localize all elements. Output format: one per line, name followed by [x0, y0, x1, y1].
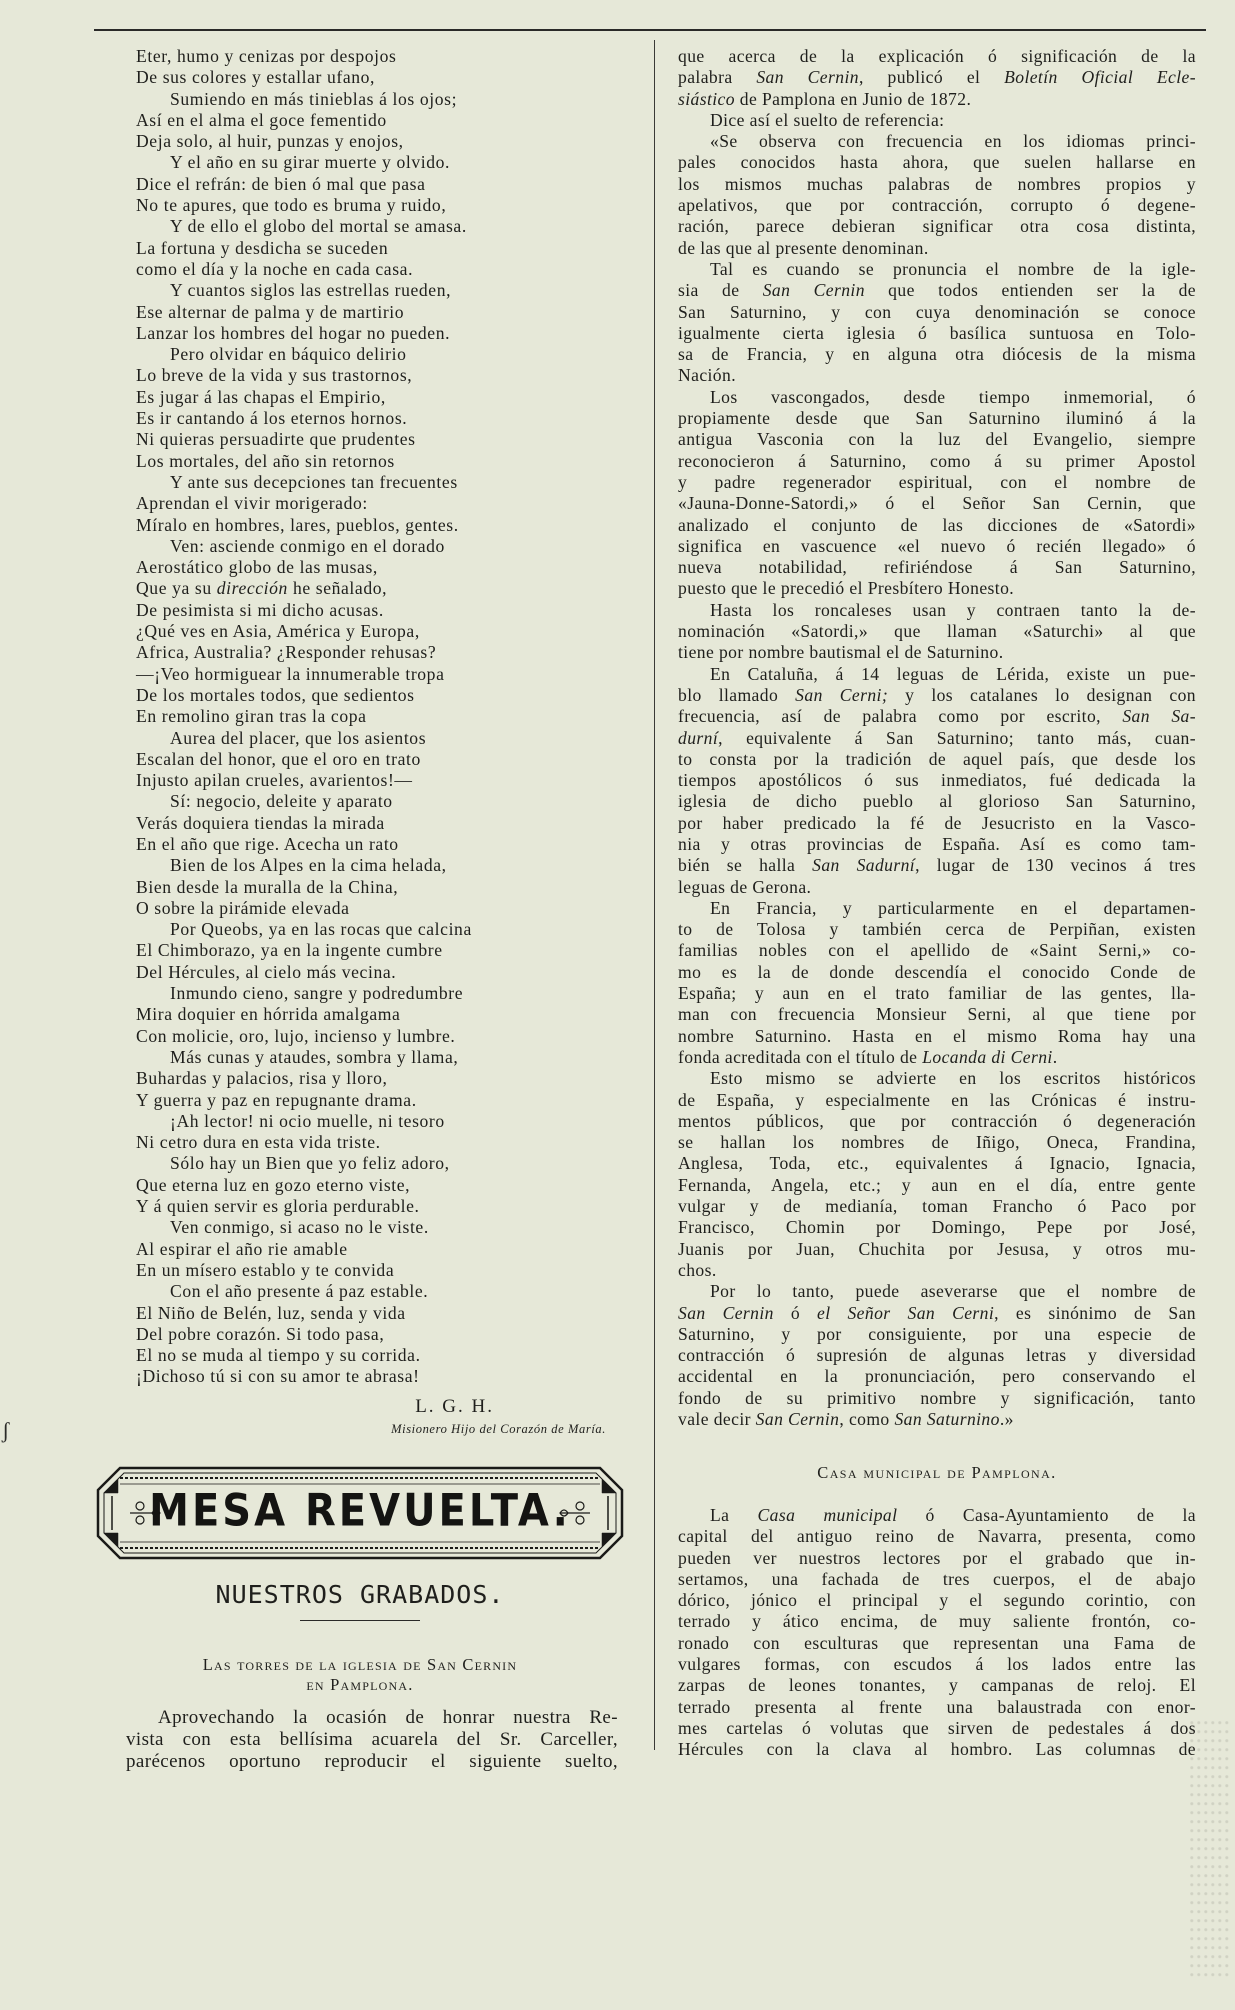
text-line: de las que al presente denominan. — [678, 238, 1196, 259]
article-title-line1: Las torres de la iglesia de San Cernin — [100, 1654, 620, 1675]
poem-line: De sus colores y estallar ufano, — [136, 67, 612, 88]
text-line: «Se observa con frecuencia en los idioma… — [678, 131, 1196, 152]
poem-line: ¿Qué ves en Asia, América y Europa, — [136, 621, 612, 642]
poem-line: Lo breve de la vida y sus trastornos, — [136, 365, 612, 386]
text-line: San Cernin ó el Señor San Cerni, es sinó… — [678, 1303, 1196, 1324]
text-line: mo es la de donde descendía el conocido … — [678, 962, 1196, 983]
poem-line: Del Hércules, al cielo más vecina. — [136, 962, 612, 983]
text-line: nia y otras provincias de España. Así es… — [678, 834, 1196, 855]
text-line: Juanis por Juan, Chuchita por Jesusa, y … — [678, 1239, 1196, 1260]
text-line: Los vascongados, desde tiempo inmemorial… — [678, 387, 1196, 408]
text-line: iglesia de dicho pueblo al glorioso San … — [678, 791, 1196, 812]
banner-title: MESA REVUELTA. — [96, 1485, 624, 1537]
text-line: vulgar y de medianía, toman Francho ó Pa… — [678, 1196, 1196, 1217]
poem-line: ¡Ah lector! ni ocio muelle, ni tesoro — [136, 1111, 612, 1132]
text-line: tiempos apostólicos ó sus inmediatos, fu… — [678, 770, 1196, 791]
poem-line: Aurea del placer, que los asientos — [136, 728, 612, 749]
header-rule — [94, 29, 1206, 31]
poem-line: Sumiendo en más tinieblas á los ojos; — [136, 89, 612, 110]
poem-line: No te apures, que todo es bruma y ruido, — [136, 195, 612, 216]
poem-line: O sobre la pirámide elevada — [136, 898, 612, 919]
poem-line: Sólo hay un Bien que yo feliz adoro, — [136, 1153, 612, 1174]
poem-line: Dice el refrán: de bien ó mal que pasa — [136, 174, 612, 195]
casa-municipal-title: Casa municipal de Pamplona. — [678, 1463, 1196, 1483]
text-line: España; y aun en el trato familiar de la… — [678, 983, 1196, 1004]
text-line: Fernanda, Angela, etc.; y aun en el día,… — [678, 1175, 1196, 1196]
text-line: dórico, jónico el principal y el segundo… — [678, 1590, 1196, 1611]
poem-line: como el día y la noche en cada casa. — [136, 259, 612, 280]
text-line: sertamos, una fachada de tres cuerpos, e… — [678, 1569, 1196, 1590]
poem-line: Del pobre corazón. Si todo pasa, — [136, 1324, 612, 1345]
text-line: Anglesa, Toda, etc., equivalentes á Igna… — [678, 1153, 1196, 1174]
text-line: pueden ver nuestros lectores por el grab… — [678, 1548, 1196, 1569]
text-line: «Jauna-Donne-Satordi,» ó el Señor San Ce… — [678, 493, 1196, 514]
text-line: de España, y especialmente en las Crónic… — [678, 1090, 1196, 1111]
text-line: puesto que le precedió el Presbítero Hon… — [678, 578, 1196, 599]
text-line: se hallan los nombres de Iñigo, Oneca, F… — [678, 1132, 1196, 1153]
poem-line: Inmundo cieno, sangre y podredumbre — [136, 983, 612, 1004]
poem-line: Ni quieras persuadirte que prudentes — [136, 429, 612, 450]
poem-line: Al espirar el año rie amable — [136, 1239, 612, 1260]
text-line: leguas de Gerona. — [678, 877, 1196, 898]
poem-signature-subtitle: Misionero Hijo del Corazón de María. — [136, 1422, 612, 1442]
poem-line: El Niño de Belén, luz, senda y vida — [136, 1303, 612, 1324]
poem-line: Con el año presente á paz estable. — [136, 1281, 612, 1302]
san-cernin-article: que acerca de la explicación ó significa… — [678, 46, 1196, 1430]
text-line: Francisco, Chomin por Domingo, Pepe por … — [678, 1217, 1196, 1238]
text-line: Nación. — [678, 365, 1196, 386]
text-line: San Saturnino, y con cuya denominación s… — [678, 302, 1196, 323]
text-line: Dice así el suelto de referencia: — [678, 110, 1196, 131]
text-line: y padre regenerador espiritual, con el n… — [678, 472, 1196, 493]
text-line: reconocieron á Saturnino, como á su prim… — [678, 451, 1196, 472]
poem-line: La fortuna y desdicha se suceden — [136, 238, 612, 259]
poem-line: Y á quien servir es gloria perdurable. — [136, 1196, 612, 1217]
poem-line: Ven: asciende conmigo en el dorado — [136, 536, 612, 557]
text-line: que acerca de la explicación ó significa… — [678, 46, 1196, 67]
text-line: los mismos muchas palabras de nombres pr… — [678, 174, 1196, 195]
poem-line: Ese alternar de palma y de martirio — [136, 302, 612, 323]
text-line: to consta por la tradición de aquel país… — [678, 749, 1196, 770]
text-line: blo llamado San Cerni; y los catalanes l… — [678, 685, 1196, 706]
text-line: fonda acreditada con el título de Locand… — [678, 1047, 1196, 1068]
poem-line: El no se muda al tiempo y su corrida. — [136, 1345, 612, 1366]
text-line: pales conocidos hasta ahora, que suelen … — [678, 152, 1196, 173]
poem-line: Sí: negocio, deleite y aparato — [136, 791, 612, 812]
poem-line: Así en el alma el goce fementido — [136, 110, 612, 131]
poem-line: Injusto apilan crueles, avarientos!— — [136, 770, 612, 791]
poem-line: Africa, Australia? ¿Responder rehusas? — [136, 642, 612, 663]
text-line: vale decir San Cernin, como San Saturnin… — [678, 1409, 1196, 1430]
text-line: chos. — [678, 1260, 1196, 1281]
text-line: Por lo tanto, puede aseverarse que el no… — [678, 1281, 1196, 1302]
poem-line: Ven conmigo, si acaso no le viste. — [136, 1217, 612, 1238]
poem-line: Más cunas y ataudes, sombra y llama, — [136, 1047, 612, 1068]
casa-municipal-article: La Casa municipal ó Casa-Ayuntamiento de… — [678, 1505, 1196, 1761]
text-line: analizado el conjunto de las dicciones d… — [678, 515, 1196, 536]
text-line: durní, equivalente á San Saturnino; tant… — [678, 728, 1196, 749]
article-title-line2: en Pamplona. — [100, 1674, 620, 1695]
text-line: siástico de Pamplona en Junio de 1872. — [678, 89, 1196, 110]
poem-line: Verás doquiera tiendas la mirada — [136, 813, 612, 834]
poem-line: Pero olvidar en báquico delirio — [136, 344, 612, 365]
text-line: tiene por nombre bautismal el de Saturni… — [678, 642, 1196, 663]
text-line: La Casa municipal ó Casa-Ayuntamiento de… — [678, 1505, 1196, 1526]
article-intro: Aprovechando la ocasión de honrar nuestr… — [126, 1707, 618, 1773]
poem-line: En el año que rige. Acecha un rato — [136, 834, 612, 855]
text-line: parécenos oportuno reproducir el siguien… — [126, 1751, 618, 1773]
mesa-revuelta-banner: MESA REVUELTA. — [96, 1466, 624, 1560]
poem-line: Es jugar á las chapas el Empirio, — [136, 387, 612, 408]
text-line: palabra San Cernin, publicó el Boletín O… — [678, 67, 1196, 88]
section-rule — [300, 1620, 420, 1621]
text-line: Aprovechando la ocasión de honrar nuestr… — [126, 1707, 618, 1729]
text-line: capital del antiguo reino de Navarra, pr… — [678, 1526, 1196, 1547]
text-line: sia de San Cernin que todos entienden se… — [678, 280, 1196, 301]
text-line: nombre Saturnino. Hasta en el mismo Roma… — [678, 1026, 1196, 1047]
text-line: por haber predicado la fé de Jesucristo … — [678, 813, 1196, 834]
text-line: vulgares formas, con escudos á los lados… — [678, 1654, 1196, 1675]
column-divider — [654, 40, 655, 1750]
text-line: vista con esta bellísima acuarela del Sr… — [126, 1729, 618, 1751]
text-line: terrado presenta al frente una balaustra… — [678, 1697, 1196, 1718]
poem-line: Mira doquier en hórrida amalgama — [136, 1004, 612, 1025]
poem-line: Por Queobs, ya en las rocas que calcina — [136, 919, 612, 940]
text-line: frecuencia, así de palabra como por escr… — [678, 706, 1196, 727]
right-column: que acerca de la explicación ó significa… — [678, 46, 1196, 1430]
poem-line: Y guerra y paz en repugnante drama. — [136, 1090, 612, 1111]
poem-line: De pesimista si mi dicho acusas. — [136, 600, 612, 621]
text-line: Esto mismo se advierte en los escritos h… — [678, 1068, 1196, 1089]
page-edge-speckle — [1189, 1720, 1229, 1980]
poem-line: Los mortales, del año sin retornos — [136, 451, 612, 472]
text-line: fondo de su primitivo nombre y significa… — [678, 1388, 1196, 1409]
text-line: contracción ó supresión de algunas letra… — [678, 1345, 1196, 1366]
poem-line: Con molicie, oro, lujo, incienso y lumbr… — [136, 1026, 612, 1047]
poem: Eter, humo y cenizas por despojosDe sus … — [136, 46, 612, 1388]
poem-line: Aprendan el vivir morigerado: — [136, 493, 612, 514]
poem-line: Aerostático globo de las musas, — [136, 557, 612, 578]
poem-line: Bien desde la muralla de la China, — [136, 877, 612, 898]
poem-line: Y de ello el globo del mortal se amasa. — [136, 216, 612, 237]
poem-line: ¡Dichoso tú si con su amor te abrasa! — [136, 1366, 612, 1387]
poem-line: Es ir cantando á los eternos hornos. — [136, 408, 612, 429]
poem-line: El Chimborazo, ya en la ingente cumbre — [136, 940, 612, 961]
text-line: propiamente desde que San Saturnino ilum… — [678, 408, 1196, 429]
text-line: zarpas de leones tonantes, y campanas de… — [678, 1675, 1196, 1696]
text-line: ración, parece debieran significar otra … — [678, 216, 1196, 237]
poem-line: —¡Veo hormiguear la innumerable tropa — [136, 664, 612, 685]
poem-line: Ni cetro dura en esta vida triste. — [136, 1132, 612, 1153]
poem-line: Bien de los Alpes en la cima helada, — [136, 855, 612, 876]
poem-signature: L. G. H. — [136, 1396, 612, 1422]
text-line: familias nobles con el apellido de «Sain… — [678, 940, 1196, 961]
poem-line: Eter, humo y cenizas por despojos — [136, 46, 612, 67]
poem-line: Y el año en su girar muerte y olvido. — [136, 152, 612, 173]
poem-line: Buhardas y palacios, risa y lloro, — [136, 1068, 612, 1089]
section-title: NUESTROS GRABADOS. — [96, 1580, 624, 1609]
text-line: mentos públicos, que por contracción ó d… — [678, 1111, 1196, 1132]
text-line: sa de Francia, y en alguna otra diócesis… — [678, 344, 1196, 365]
poem-line: En remolino giran tras la copa — [136, 706, 612, 727]
poem-line: Y cuantos siglos las estrellas rueden, — [136, 280, 612, 301]
text-line: Saturnino, y por consiguiente, por una e… — [678, 1324, 1196, 1345]
margin-mark-icon: ʃ — [2, 1418, 9, 1444]
text-line: nominación «Satordi,» que llaman «Saturc… — [678, 621, 1196, 642]
text-line: En Francia, y particularmente en el depa… — [678, 898, 1196, 919]
poem-line: Y ante sus decepciones tan frecuentes — [136, 472, 612, 493]
text-line: Hasta los roncaleses usan y contraen tan… — [678, 600, 1196, 621]
text-line: En Cataluña, á 14 leguas de Lérida, exis… — [678, 664, 1196, 685]
text-line: antigua Vasconia con la luz del Evangeli… — [678, 429, 1196, 450]
text-line: terrado y ático encima, de muy saliente … — [678, 1611, 1196, 1632]
text-line: igualmente cierta iglesia ó basílica sun… — [678, 323, 1196, 344]
text-line: ronado con esculturas que representan un… — [678, 1633, 1196, 1654]
poem-line: Que ya su dirección he señalado, — [136, 578, 612, 599]
text-line: man con frecuencia Monsieur Serni, al qu… — [678, 1004, 1196, 1025]
poem-line: Escalan del honor, que el oro en trato — [136, 749, 612, 770]
poem-line: En un mísero establo y te convida — [136, 1260, 612, 1281]
text-line: mes cartelas ó volutas que sirven de ped… — [678, 1718, 1196, 1739]
left-column: Eter, humo y cenizas por despojosDe sus … — [136, 46, 612, 1442]
text-line: bién se halla San Sadurní, lugar de 130 … — [678, 855, 1196, 876]
text-line: Hércules con la clava al hombro. Las col… — [678, 1739, 1196, 1760]
poem-line: Deja solo, al huir, punzas y enojos, — [136, 131, 612, 152]
text-line: significa en vascuence «el nuevo ó recié… — [678, 536, 1196, 557]
poem-line: Lanzar los hombres del hogar no pueden. — [136, 323, 612, 344]
text-line: to de Tolosa y también cerca de Perpiñan… — [678, 919, 1196, 940]
poem-line: Míralo en hombres, lares, pueblos, gente… — [136, 515, 612, 536]
poem-line: Que eterna luz en gozo eterno viste, — [136, 1175, 612, 1196]
poem-line: De los mortales todos, que sedientos — [136, 685, 612, 706]
text-line: accidental en la pronunciación, pero con… — [678, 1366, 1196, 1387]
text-line: apelativos, que por contracción, corrupt… — [678, 195, 1196, 216]
text-line: Tal es cuando se pronuncia el nombre de … — [678, 259, 1196, 280]
text-line: nueva notabilidad, refiriéndose á San Sa… — [678, 557, 1196, 578]
